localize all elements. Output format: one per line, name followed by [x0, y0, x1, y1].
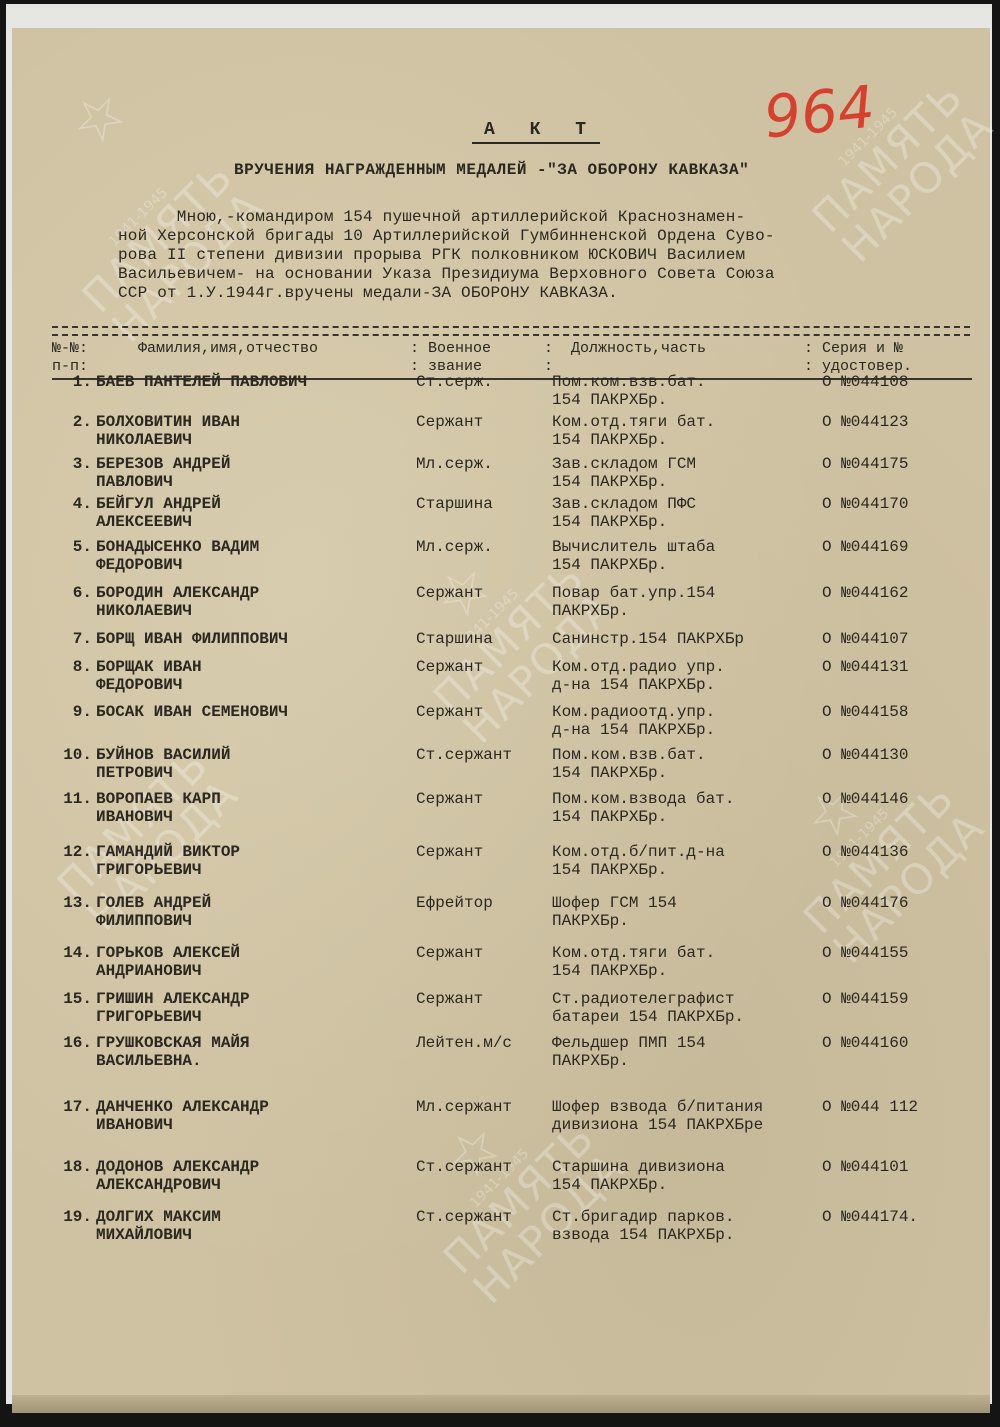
certificate-number: О №044130 — [822, 746, 982, 764]
military-rank: Сержант — [416, 413, 556, 431]
military-rank: Старшина — [416, 495, 556, 513]
intro-paragraph: Мною,-командиром 154 пушечной артиллерий… — [118, 208, 958, 303]
position-unit: Ком.отд.радио упр. д-на 154 ПАКРХБр. — [552, 658, 832, 694]
awardee-name: БОРЩАК ИВАН ФЕДОРОВИЧ — [96, 658, 416, 694]
military-rank: Сержант — [416, 584, 556, 602]
position-unit: Ком.радиоотд.упр. д-на 154 ПАКРХБр. — [552, 703, 832, 739]
awardee-name: ГОРЬКОВ АЛЕКСЕЙ АНДРИАНОВИЧ — [96, 944, 416, 980]
row-number: 9. — [40, 703, 92, 721]
position-unit: Ком.отд.тяги бат. 154 ПАКРХБр. — [552, 944, 832, 980]
position-unit: Шофер взвода б/питания дивизиона 154 ПАК… — [552, 1098, 832, 1134]
awardee-name: БУЙНОВ ВАСИЛИЙ ПЕТРОВИЧ — [96, 746, 416, 782]
certificate-number: О №044108 — [822, 373, 982, 391]
row-number: 15. — [40, 990, 92, 1008]
position-unit: Ст.бригадир парков. взвода 154 ПАКРХБр. — [552, 1208, 832, 1244]
military-rank: Ст.серж. — [416, 373, 556, 391]
row-number: 12. — [40, 843, 92, 861]
awardee-name: БОНАДЫСЕНКО ВАДИМ ФЕДОРОВИЧ — [96, 538, 416, 574]
certificate-number: О №044160 — [822, 1034, 982, 1052]
position-unit: Ком.отд.тяги бат. 154 ПАКРХБр. — [552, 413, 832, 449]
awardee-name: ДАНЧЕНКО АЛЕКСАНДР ИВАНОВИЧ — [96, 1098, 416, 1134]
header-number: №-№: п-п: — [52, 340, 88, 376]
military-rank: Ст.сержант — [416, 1158, 556, 1176]
certificate-number: О №044107 — [822, 630, 982, 648]
row-number: 16. — [40, 1034, 92, 1052]
military-rank: Старшина — [416, 630, 556, 648]
row-number: 5. — [40, 538, 92, 556]
certificate-number: О №044131 — [822, 658, 982, 676]
certificate-number: О №044175 — [822, 455, 982, 473]
military-rank: Ефрейтор — [416, 894, 556, 912]
awardee-name: БЕЙГУЛ АНДРЕЙ АЛЕКСЕЕВИЧ — [96, 495, 416, 531]
row-number: 6. — [40, 584, 92, 602]
awardee-name: БОСАК ИВАН СЕМЕНОВИЧ — [96, 703, 416, 721]
row-number: 18. — [40, 1158, 92, 1176]
awardee-name: ГРУШКОВСКАЯ МАЙЯ ВАСИЛЬЕВНА. — [96, 1034, 416, 1070]
certificate-number: О №044 112 — [822, 1098, 982, 1116]
position-unit: Зав.складом ГСМ 154 ПАКРХБр. — [552, 455, 832, 491]
position-unit: Вычислитель штаба 154 ПАКРХБр. — [552, 538, 832, 574]
certificate-number: О №044162 — [822, 584, 982, 602]
row-number: 4. — [40, 495, 92, 513]
certificate-number: О №044176 — [822, 894, 982, 912]
row-number: 2. — [40, 413, 92, 431]
row-number: 3. — [40, 455, 92, 473]
military-rank: Сержант — [416, 944, 556, 962]
military-rank: Сержант — [416, 658, 556, 676]
military-rank: Сержант — [416, 990, 556, 1008]
certificate-number: О №044174. — [822, 1208, 982, 1226]
certificate-number: О №044169 — [822, 538, 982, 556]
certificate-number: О №044159 — [822, 990, 982, 1008]
row-number: 8. — [40, 658, 92, 676]
awardee-name: ДОЛГИХ МАКСИМ МИХАЙЛОВИЧ — [96, 1208, 416, 1244]
row-number: 1. — [40, 373, 92, 391]
military-rank: Лейтен.м/с — [416, 1034, 556, 1052]
awardee-name: БОРОДИН АЛЕКСАНДР НИКОЛАЕВИЧ — [96, 584, 416, 620]
certificate-number: О №044146 — [822, 790, 982, 808]
header-name: Фамилия,имя,отчество — [138, 340, 318, 358]
position-unit: Повар бат.упр.154 ПАКРХБр. — [552, 584, 832, 620]
military-rank: Мл.сержант — [416, 1098, 556, 1116]
military-rank: Ст.сержант — [416, 1208, 556, 1226]
star-icon: ☆ — [59, 78, 139, 158]
certificate-number: О №044136 — [822, 843, 982, 861]
position-unit: Старшина дивизиона 154 ПАКРХБр. — [552, 1158, 832, 1194]
position-unit: Ст.радиотелеграфист батареи 154 ПАКРХБр. — [552, 990, 832, 1026]
header-position: : Должность,часть : — [544, 340, 706, 376]
awardee-name: ДОДОНОВ АЛЕКСАНДР АЛЕКСАНДРОВИЧ — [96, 1158, 416, 1194]
military-rank: Сержант — [416, 843, 556, 861]
position-unit: Пом.ком.взв.бат. 154 ПАКРХБр. — [552, 746, 832, 782]
position-unit: Зав.складом ПФС 154 ПАКРХБр. — [552, 495, 832, 531]
certificate-number: О №044155 — [822, 944, 982, 962]
awardee-name: БОЛХОВИТИН ИВАН НИКОЛАЕВИЧ — [96, 413, 416, 449]
header-certificate: : Серия и № : удостовер. — [804, 340, 912, 376]
position-unit: Пом.ком.взвода бат. 154 ПАКРХБр. — [552, 790, 832, 826]
awardee-name: БОРЩ ИВАН ФИЛИППОВИЧ — [96, 630, 416, 648]
document-page: ☆ 1941-1945 ПАМЯТЬ НАРОДА 1941-1945 ПАМЯ… — [12, 28, 990, 1413]
certificate-number: О №044101 — [822, 1158, 982, 1176]
row-number: 11. — [40, 790, 92, 808]
awardee-name: ВОРОПАЕВ КАРП ИВАНОВИЧ — [96, 790, 416, 826]
row-number: 19. — [40, 1208, 92, 1226]
document-subtitle: ВРУЧЕНИЯ НАГРАЖДЕННЫМ МЕДАЛЕЙ -"ЗА ОБОРО… — [234, 161, 749, 179]
certificate-number: О №044123 — [822, 413, 982, 431]
row-number: 7. — [40, 630, 92, 648]
military-rank: Сержант — [416, 790, 556, 808]
folio-number: 964 — [761, 72, 878, 151]
row-number: 17. — [40, 1098, 92, 1116]
awardee-name: ГОЛЕВ АНДРЕЙ ФИЛИППОВИЧ — [96, 894, 416, 930]
position-unit: Санинстр.154 ПАКРХБр — [552, 630, 832, 648]
position-unit: Фельдшер ПМП 154 ПАКРХБр. — [552, 1034, 832, 1070]
certificate-number: О №044158 — [822, 703, 982, 721]
awardee-name: БЕРЕЗОВ АНДРЕЙ ПАВЛОВИЧ — [96, 455, 416, 491]
row-number: 13. — [40, 894, 92, 912]
position-unit: Пом.ком.взв.бат. 154 ПАКРХБр. — [552, 373, 832, 409]
double-rule — [52, 326, 970, 336]
military-rank: Ст.сержант — [416, 746, 556, 764]
military-rank: Мл.серж. — [416, 455, 556, 473]
awardee-name: ГРИШИН АЛЕКСАНДР ГРИГОРЬЕВИЧ — [96, 990, 416, 1026]
military-rank: Мл.серж. — [416, 538, 556, 556]
position-unit: Ком.отд.б/пит.д-на 154 ПАКРХБр. — [552, 843, 832, 879]
watermark: ☆ — [59, 78, 139, 158]
certificate-number: О №044170 — [822, 495, 982, 513]
position-unit: Шофер ГСМ 154 ПАКРХБр. — [552, 894, 832, 930]
awardee-name: ГАМАНДИЙ ВИКТОР ГРИГОРЬЕВИЧ — [96, 843, 416, 879]
document-title: А К Т — [472, 120, 600, 144]
row-number: 14. — [40, 944, 92, 962]
awardee-name: БАЕВ ПАНТЕЛЕЙ ПАВЛОВИЧ — [96, 373, 416, 391]
header-rank: : Военное : звание — [410, 340, 491, 376]
row-number: 10. — [40, 746, 92, 764]
military-rank: Сержант — [416, 703, 556, 721]
